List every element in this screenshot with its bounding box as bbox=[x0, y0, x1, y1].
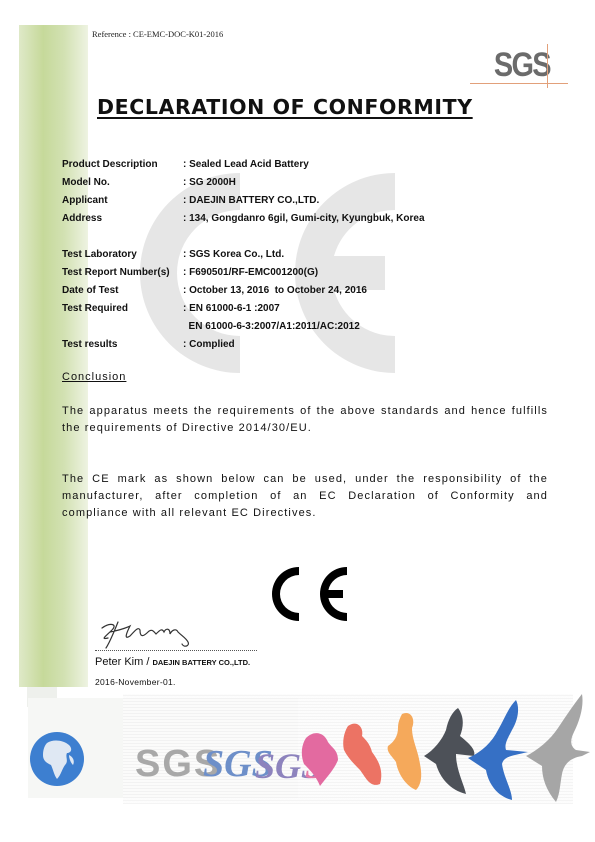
globe-icon bbox=[29, 731, 85, 787]
green-side-bar bbox=[19, 25, 88, 687]
field-label: Test Required bbox=[62, 300, 183, 318]
logo-rule-vertical bbox=[547, 44, 548, 88]
conclusion-heading: Conclusion bbox=[62, 371, 126, 383]
field-product-description: Product Description : Sealed Lead Acid B… bbox=[62, 156, 425, 174]
ce-mark-paragraph: The CE mark as shown below can be used, … bbox=[62, 471, 548, 522]
field-value: : 134, Gongdanro 6gil, Gumi-city, Kyungb… bbox=[183, 210, 425, 228]
field-label: Test Laboratory bbox=[62, 246, 183, 264]
field-date-of-test: Date of Test : October 13, 2016 to Octob… bbox=[62, 282, 425, 300]
field-value: : SG 2000H bbox=[183, 174, 236, 192]
field-label: Address bbox=[62, 210, 183, 228]
field-address: Address : 134, Gongdanro 6gil, Gumi-city… bbox=[62, 210, 425, 228]
field-label: Model No. bbox=[62, 174, 183, 192]
field-label: Applicant bbox=[62, 192, 183, 210]
field-test-results: Test results : Complied bbox=[62, 336, 425, 354]
field-value: : F690501/RF-EMC001200(G) bbox=[183, 264, 318, 282]
field-label: Product Description bbox=[62, 156, 183, 174]
signer-name: Peter Kim / bbox=[95, 656, 152, 668]
logo-rule-horizontal bbox=[470, 83, 568, 84]
reference-number: Reference : CE-EMC-DOC-K01-2016 bbox=[92, 29, 223, 39]
field-applicant: Applicant : DAEJIN BATTERY CO.,LTD. bbox=[62, 192, 425, 210]
footer-banner: SGS SGS SGS S bbox=[28, 690, 595, 802]
field-label: Date of Test bbox=[62, 282, 183, 300]
sgs-logo-text: SGS bbox=[494, 46, 550, 85]
signature-icon bbox=[96, 618, 206, 650]
sgs-logo: SGS bbox=[470, 42, 570, 92]
birds-icon bbox=[298, 690, 595, 802]
field-value: : Complied bbox=[183, 336, 235, 354]
signer-company: DAEJIN BATTERY CO.,LTD. bbox=[152, 658, 250, 667]
conclusion-paragraph: The apparatus meets the requirements of … bbox=[62, 403, 548, 437]
field-value: : DAEJIN BATTERY CO.,LTD. bbox=[183, 192, 319, 210]
field-model-no: Model No. : SG 2000H bbox=[62, 174, 425, 192]
field-test-required: Test Required : EN 61000-6-1 :2007 bbox=[62, 300, 425, 318]
signer: Peter Kim / DAEJIN BATTERY CO.,LTD. bbox=[95, 656, 250, 668]
signature-line bbox=[95, 650, 257, 651]
field-value: : October 13, 2016 to October 24, 2016 bbox=[183, 282, 367, 300]
field-test-report-number: Test Report Number(s) : F690501/RF-EMC00… bbox=[62, 264, 425, 282]
field-label: Test Report Number(s) bbox=[62, 264, 183, 282]
field-value: : Sealed Lead Acid Battery bbox=[183, 156, 309, 174]
field-test-required-cont: EN 61000-6-3:2007/A1:2011/AC:2012 bbox=[62, 318, 425, 336]
field-value: : SGS Korea Co., Ltd. bbox=[183, 246, 284, 264]
field-label bbox=[62, 318, 183, 336]
field-value: : EN 61000-6-1 :2007 bbox=[183, 300, 280, 318]
page-title: DECLARATION OF CONFORMITY bbox=[97, 95, 473, 119]
signature-date: 2016-November-01. bbox=[95, 677, 176, 687]
field-test-laboratory: Test Laboratory : SGS Korea Co., Ltd. bbox=[62, 246, 425, 264]
field-label: Test results bbox=[62, 336, 183, 354]
ce-mark-icon bbox=[263, 565, 349, 623]
declaration-fields: Product Description : Sealed Lead Acid B… bbox=[62, 156, 425, 354]
field-value: EN 61000-6-3:2007/A1:2011/AC:2012 bbox=[183, 318, 360, 336]
